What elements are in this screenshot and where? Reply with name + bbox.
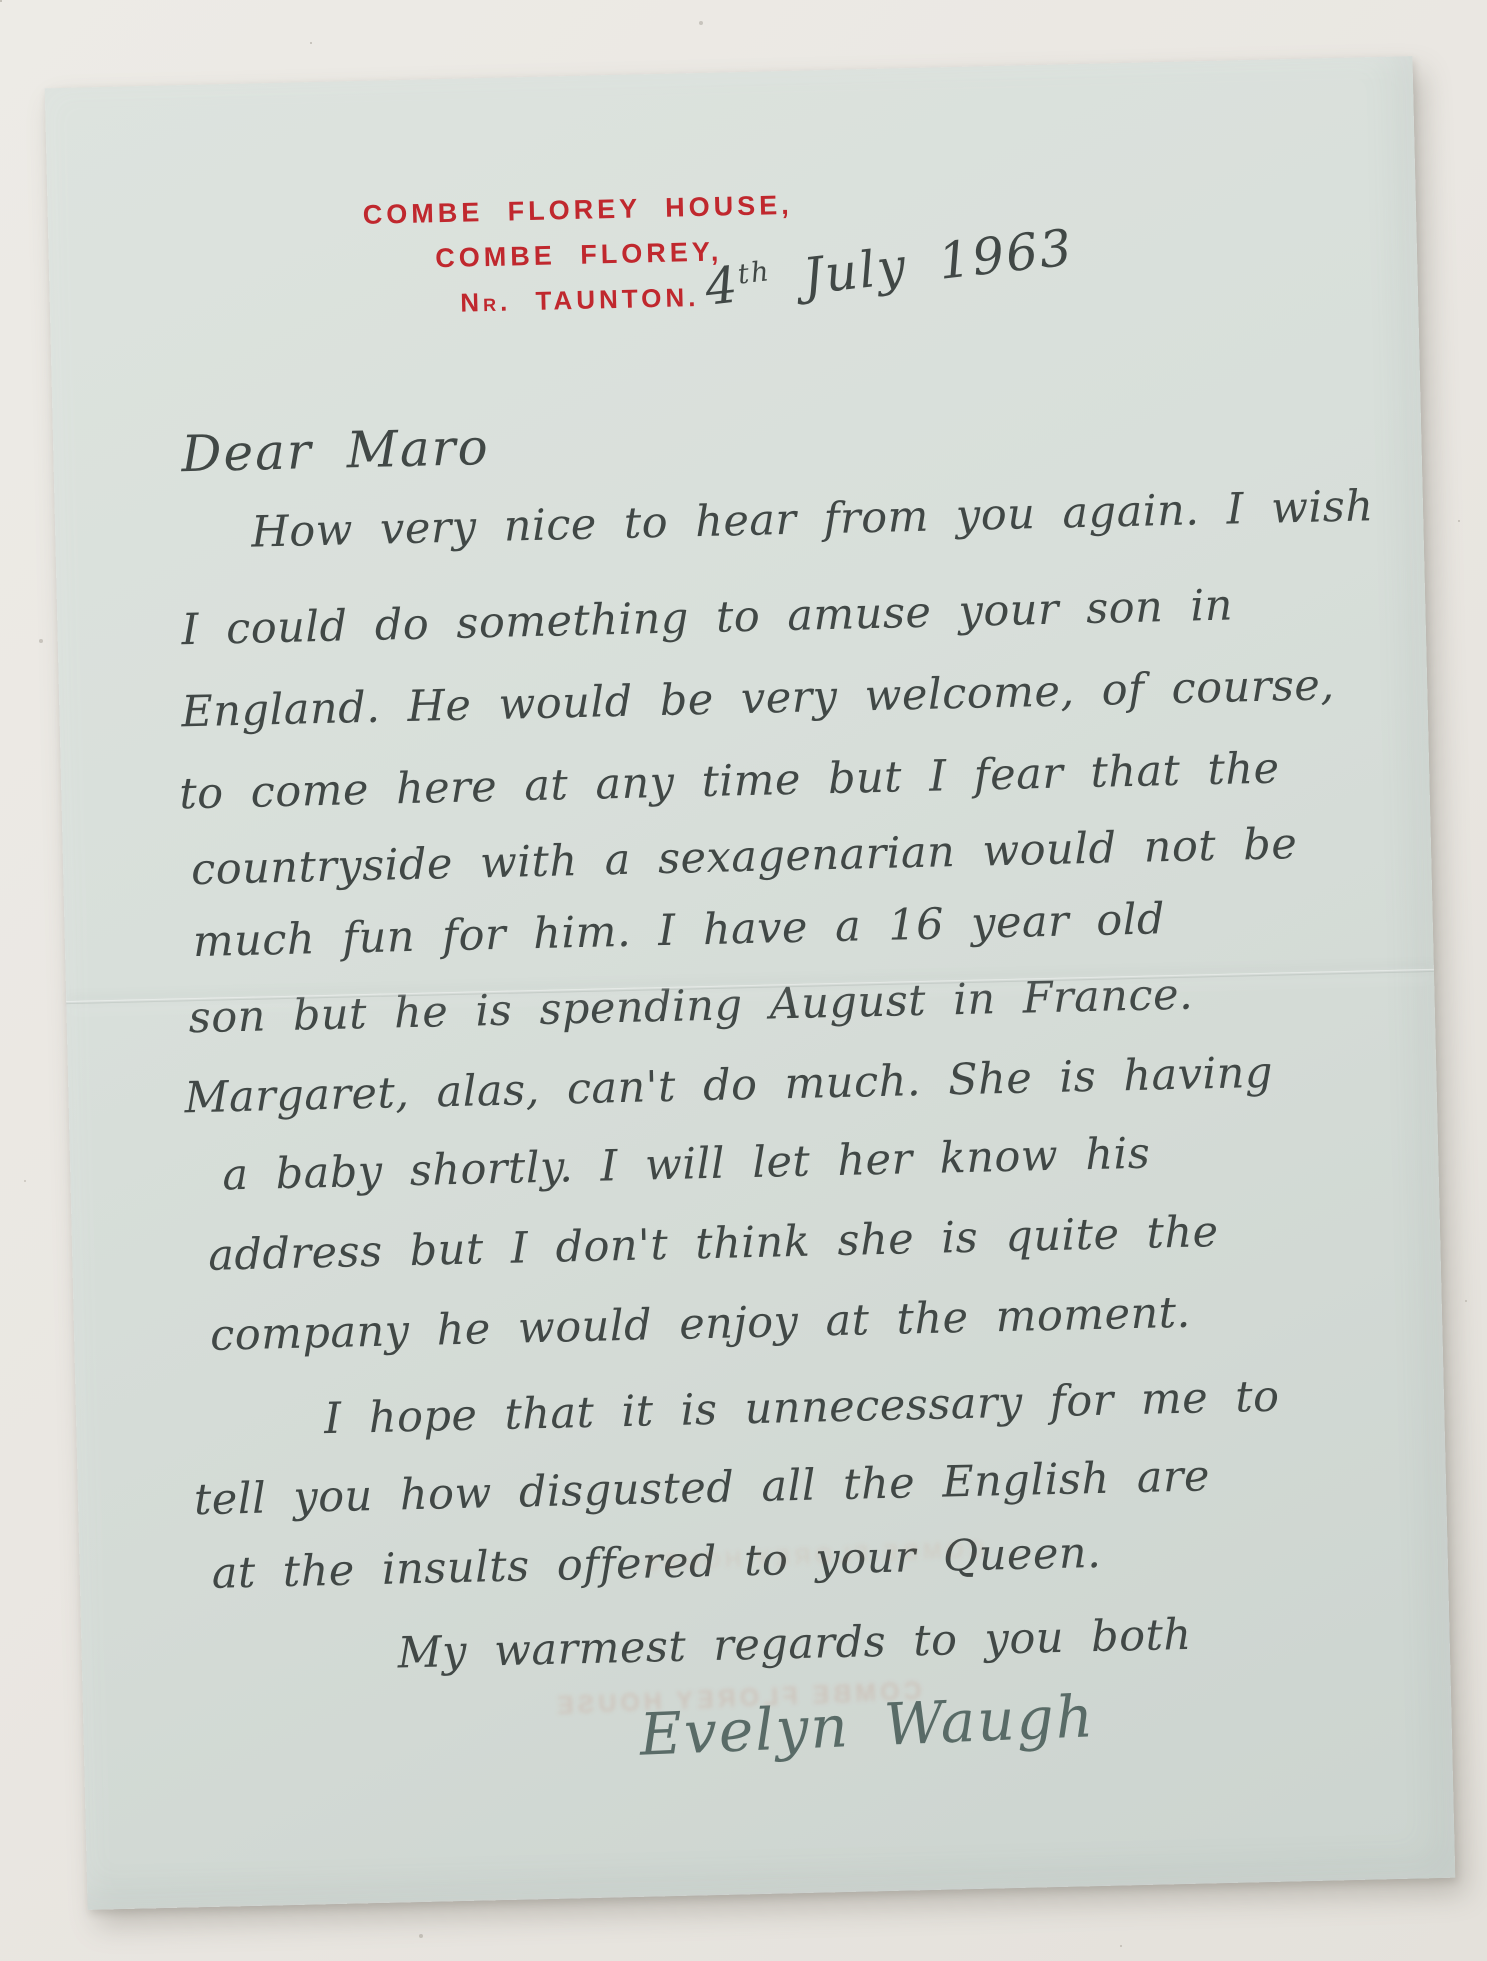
letter-line-9: a baby shortly. I will let her know his (222, 1129, 1151, 1201)
letter-line-13: tell you how disgusted all the English a… (193, 1451, 1210, 1525)
letter-line-11: company he would enjoy at the moment. (210, 1288, 1192, 1361)
letter-body: How very nice to hear from you again. I … (45, 56, 1413, 88)
letter-line-5: countryside with a sexagenarian would no… (191, 819, 1298, 895)
salutation: Dear Maro (181, 418, 491, 483)
letter-line-3: England. He would be very welcome, of co… (181, 660, 1335, 737)
letter-line-2: I could do something to amuse your son i… (181, 581, 1234, 656)
letter-line-8: Margaret, alas, can't do much. She is ha… (184, 1048, 1274, 1124)
letter-line-10: address but I don't think she is quite t… (208, 1207, 1219, 1281)
letter-line-12: I hope that it is unnecessary for me to (324, 1372, 1280, 1444)
date-ordinal-suffix: th (736, 255, 772, 290)
letter-line-4: to come here at any time but I fear that… (179, 743, 1280, 819)
letter-line-1: How very nice to hear from you again. I … (251, 481, 1374, 557)
letter-paper: COMBE FLOREY HOUSE, COMBE FLOREY, Nr. TA… (45, 56, 1456, 1910)
letter-line-15: My warmest regards to you both (397, 1610, 1192, 1679)
dust-specks (0, 0, 2, 2)
letter-line-6: much fun for him. I have a 16 year old (192, 894, 1165, 967)
